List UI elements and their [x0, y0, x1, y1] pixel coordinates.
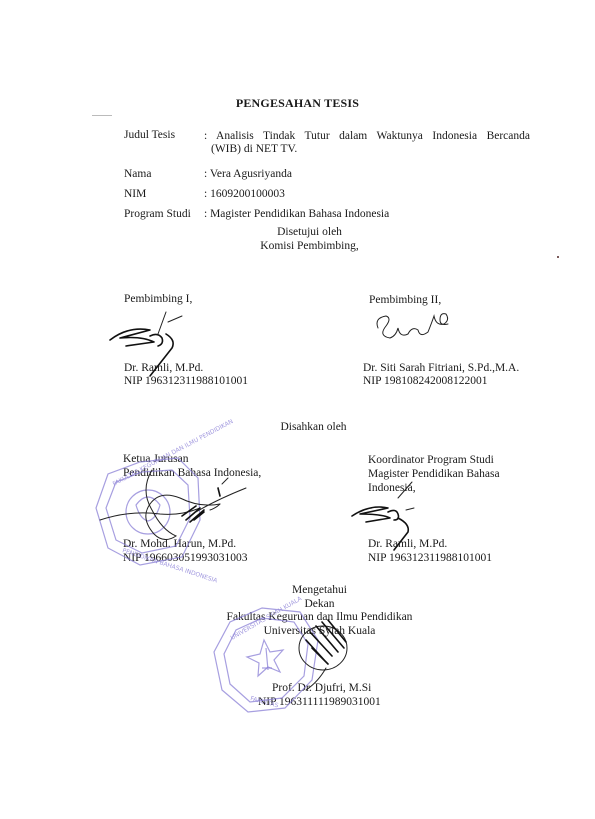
ratifier-1-name: Dr. Mohd. Harun, M.Pd.: [123, 538, 236, 550]
field-label-program: Program Studi: [124, 208, 191, 220]
approval-committee: Komisi Pembimbing,: [12, 240, 595, 252]
field-value-title-line1: : Analisis Tindak Tutur dalam Waktunya I…: [204, 129, 530, 143]
field-label-name: Nama: [124, 168, 151, 180]
ratifier-2-role-line1: Koordinator Program Studi: [368, 454, 494, 466]
scan-artifact-dot: [557, 256, 559, 258]
field-value-nim: : 1609200100003: [204, 188, 285, 200]
acknowledged-heading: Mengetahui: [22, 584, 595, 596]
supervisor-2-name: Dr. Siti Sarah Fitriani, S.Pd.,M.A.: [363, 362, 519, 374]
signature-supervisor-2: [377, 314, 448, 338]
ratifier-2-nip: NIP 196312311988101001: [368, 552, 492, 564]
ratifier-2-name: Dr. Ramli, M.Pd.: [368, 538, 447, 550]
field-value-title-line2: (WIB) di NET TV.: [211, 143, 297, 155]
acknowledged-university: Universitas Syiah Kuala: [22, 625, 595, 637]
supervisor-1-name: Dr. Ramli, M.Pd.: [124, 362, 203, 374]
field-value-program: : Magister Pendidikan Bahasa Indonesia: [204, 208, 389, 220]
acknowledged-faculty: Fakultas Keguruan dan Ilmu Pendidikan: [22, 611, 595, 623]
field-label-title: Judul Tesis: [124, 129, 175, 141]
ratifier-2-role-line2: Magister Pendidikan Bahasa: [368, 468, 500, 480]
supervisor-1-nip: NIP 196312311988101001: [124, 375, 248, 387]
acknowledged-dean: Dekan: [22, 598, 595, 610]
ratifier-1-role-line2: Pendidikan Bahasa Indonesia,: [123, 467, 261, 479]
ratified-heading: Disahkan oleh: [16, 421, 595, 433]
supervisor-2-role: Pembimbing II,: [369, 294, 441, 306]
scan-artifact: [92, 115, 112, 116]
field-label-nim: NIM: [124, 188, 146, 200]
dean-name: Prof. Dr. Djufri, M.Si: [272, 682, 371, 694]
signature-ratifier-1: [100, 470, 246, 540]
ratifier-1-nip: NIP 196603051993031003: [123, 552, 247, 564]
dean-nip: NIP 196311111989031001: [258, 696, 381, 708]
ratifier-1-role-line1: Ketua Jurusan: [123, 453, 188, 465]
supervisor-1-role: Pembimbing I,: [124, 293, 192, 305]
approval-heading: Disetujui oleh: [12, 226, 595, 238]
page-title: PENGESAHAN TESIS: [0, 96, 595, 111]
supervisor-2-nip: NIP 198108242008122001: [363, 375, 487, 387]
ratifier-2-role-line3: Indonesia,: [368, 482, 416, 494]
field-value-name: : Vera Agusriyanda: [204, 168, 292, 180]
